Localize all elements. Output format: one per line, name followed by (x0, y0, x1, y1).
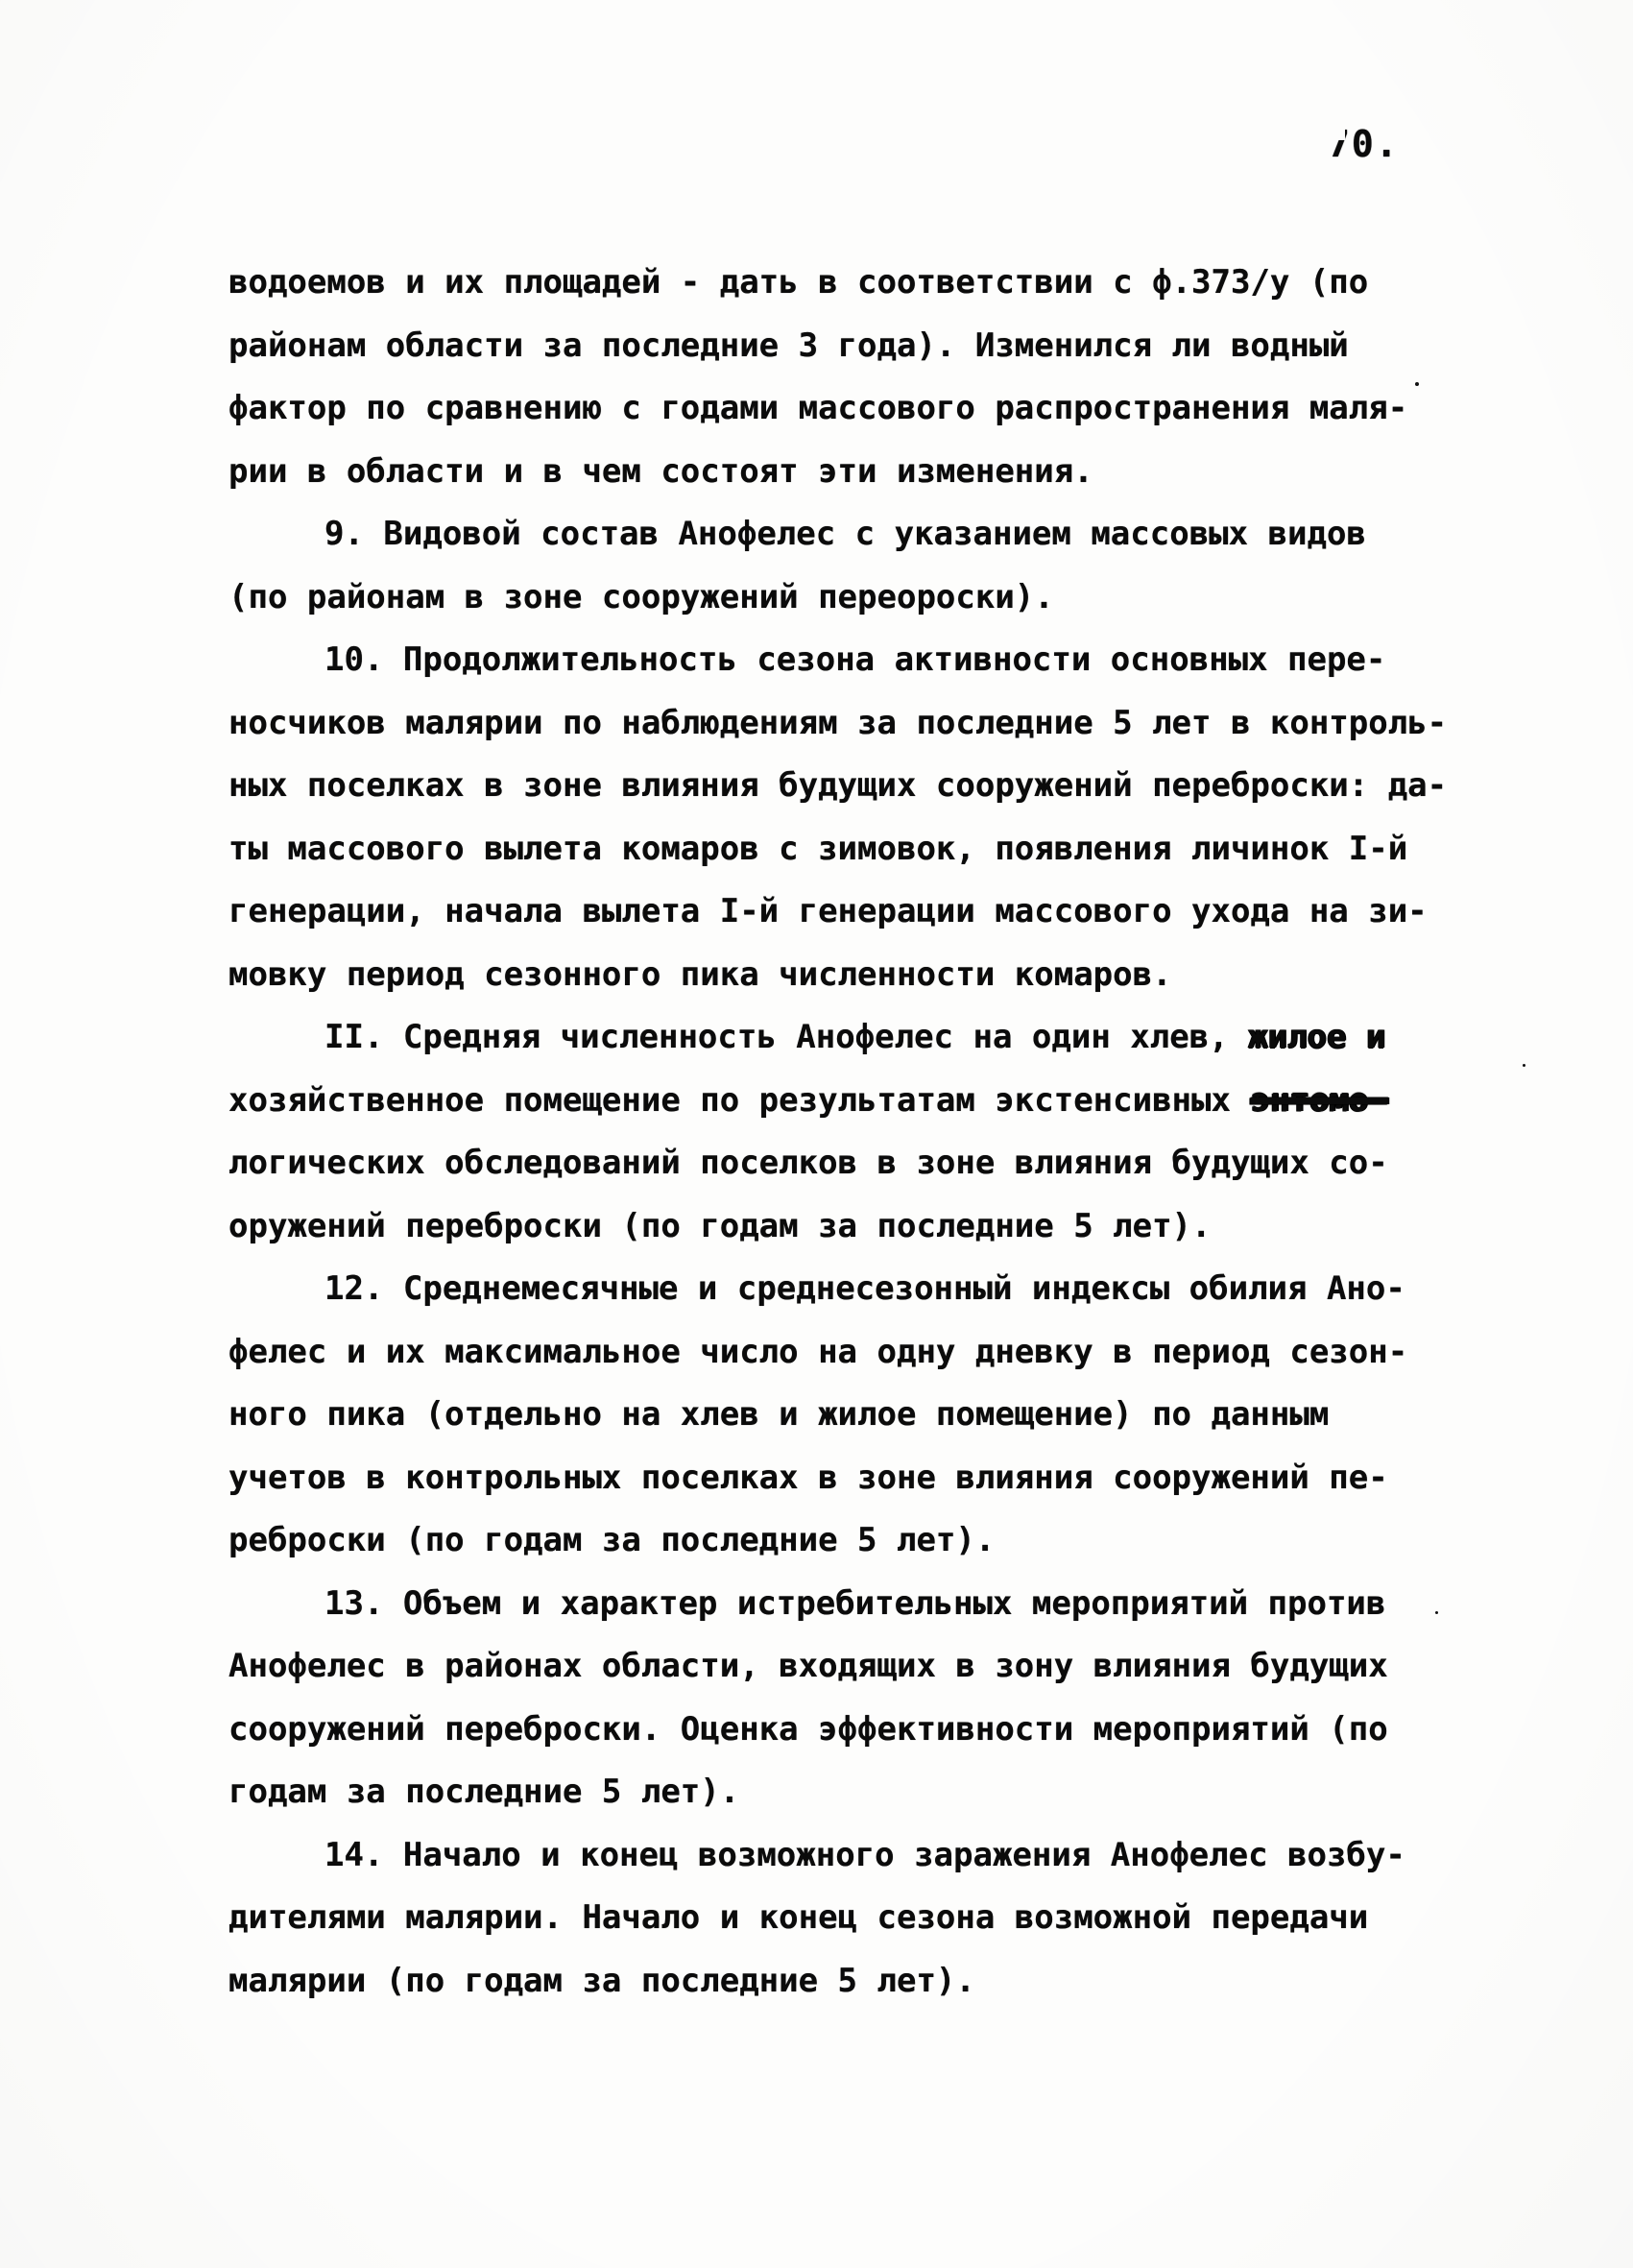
text-segment: Анофелес в районах области, входящих в з… (228, 1647, 1388, 1685)
text-segment: ного пика (отдельно на хлев и жилое поме… (228, 1395, 1329, 1434)
text-segment: генерации, начала вылета I-й генерации м… (228, 892, 1428, 930)
scan-speck (1523, 1064, 1525, 1067)
text-segment: сооружений переброски. Оценка эффективно… (228, 1710, 1388, 1749)
text-segment: рии в области и в чем состоят эти измене… (228, 452, 1093, 491)
text-segment: водоемов и их площадей - дать в соответс… (228, 263, 1368, 302)
text-line: 12. Среднемесячные и среднесезонный инде… (228, 1258, 1486, 1321)
text-segment: II. Средняя численность Анофелес на один… (324, 1018, 1248, 1056)
text-line: ных поселках в зоне влияния будущих соор… (228, 755, 1486, 818)
text-block: водоемов и их площадей - дать в соответс… (228, 252, 1486, 2013)
scan-speck (1415, 382, 1419, 386)
text-line: учетов в контрольных поселках в зоне вли… (228, 1447, 1486, 1510)
text-segment: носчиков малярии по наблюдениям за после… (228, 704, 1447, 742)
text-segment: 12. Среднемесячные и среднесезонный инде… (324, 1269, 1405, 1308)
text-line: оружений переброски (по годам за последн… (228, 1195, 1486, 1259)
overstruck-word: энтомо- (1250, 1081, 1387, 1120)
text-line: годам за последние 5 лет). (228, 1761, 1486, 1824)
text-line: 13. Объем и характер истребительных меро… (228, 1573, 1486, 1636)
text-segment: 10. Продолжительность сезона активности … (324, 640, 1385, 679)
text-line: Анофелес в районах области, входящих в з… (228, 1635, 1486, 1699)
text-line: районам области за последние 3 года). Из… (228, 315, 1486, 378)
text-line: рии в области и в чем состоят эти измене… (228, 441, 1486, 504)
text-line: ного пика (отдельно на хлев и жилое поме… (228, 1384, 1486, 1447)
text-segment: годам за последние 5 лет). (228, 1773, 739, 1811)
scanned-document-page: 70. водоемов и их площадей - дать в соот… (0, 0, 1633, 2268)
text-segment: логических обследований поселков в зоне … (228, 1144, 1388, 1182)
text-segment: 13. Объем и характер истребительных меро… (324, 1584, 1385, 1623)
text-line: дителями малярии. Начало и конец сезона … (228, 1887, 1486, 1950)
overtyped-word: жилое и (1248, 1018, 1385, 1056)
text-line: фактор по сравнению с годами массового р… (228, 377, 1486, 441)
text-line: водоемов и их площадей - дать в соответс… (228, 252, 1486, 315)
text-line: логических обследований поселков в зоне … (228, 1132, 1486, 1195)
text-segment: 9. Видовой состав Анофелес с указанием м… (324, 515, 1366, 553)
text-line: ты массового вылета комаров с зимовок, п… (228, 818, 1486, 881)
text-segment: учетов в контрольных поселках в зоне вли… (228, 1459, 1388, 1497)
text-segment: ты массового вылета комаров с зимовок, п… (228, 830, 1407, 868)
text-line: (по районам в зоне сооружений переороски… (228, 567, 1486, 630)
text-line: фелес и их максимальное число на одну дн… (228, 1321, 1486, 1385)
text-segment: хозяйственное помещение по результатам э… (228, 1081, 1250, 1120)
text-line: носчиков малярии по наблюдениям за после… (228, 692, 1486, 756)
text-segment: мовку период сезонного пика численности … (228, 955, 1172, 994)
text-line: хозяйственное помещение по результатам э… (228, 1070, 1486, 1133)
text-line: малярии (по годам за последние 5 лет). (228, 1950, 1486, 2014)
scan-speck (1435, 1611, 1438, 1614)
text-segment: дителями малярии. Начало и конец сезона … (228, 1898, 1368, 1937)
page-number: 70. (1328, 123, 1400, 165)
text-segment: малярии (по годам за последние 5 лет). (228, 1962, 975, 2000)
text-line: реброски (по годам за последние 5 лет). (228, 1509, 1486, 1573)
text-line: 9. Видовой состав Анофелес с указанием м… (228, 503, 1486, 567)
text-line: 14. Начало и конец возможного заражения … (228, 1824, 1486, 1888)
text-line: сооружений переброски. Оценка эффективно… (228, 1699, 1486, 1762)
text-line: генерации, начала вылета I-й генерации м… (228, 881, 1486, 944)
text-segment: оружений переброски (по годам за последн… (228, 1207, 1212, 1245)
text-segment: районам области за последние 3 года). Из… (228, 326, 1349, 365)
text-segment: реброски (по годам за последние 5 лет). (228, 1521, 995, 1559)
text-segment: 14. Начало и конец возможного заражения … (324, 1836, 1405, 1874)
text-segment: фактор по сравнению с годами массового р… (228, 389, 1407, 427)
text-segment: ных поселках в зоне влияния будущих соор… (228, 766, 1447, 805)
text-line: мовку период сезонного пика численности … (228, 944, 1486, 1007)
text-line: 10. Продолжительность сезона активности … (228, 629, 1486, 692)
text-segment: фелес и их максимальное число на одну дн… (228, 1333, 1407, 1371)
text-line: II. Средняя численность Анофелес на один… (228, 1006, 1486, 1070)
text-segment: (по районам в зоне сооружений переороски… (228, 578, 1054, 616)
